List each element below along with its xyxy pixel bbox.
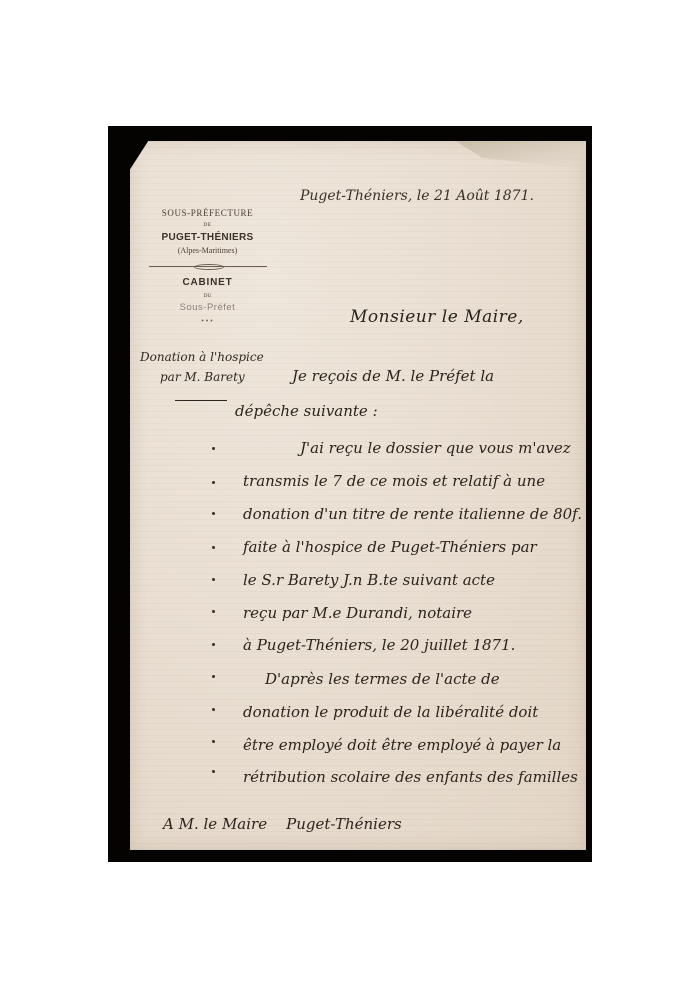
letterhead-du: DU	[145, 293, 270, 299]
margin-note-line2: par M. Barety	[160, 370, 245, 384]
body-line: J'ai reçu le dossier que vous m'avez	[300, 439, 571, 457]
body-line: rétribution scolaire des enfants des fam…	[243, 768, 578, 786]
margin-dot-icon	[212, 675, 215, 678]
letterhead: SOUS-PRÉFECTURE DE PUGET-THÉNIERS (Alpes…	[145, 208, 270, 325]
letterhead-de: DE	[145, 222, 270, 228]
body-line: donation le produit de la libéralité doi…	[243, 703, 538, 721]
body-line: donation d'un titre de rente italienne d…	[243, 505, 582, 523]
ornament-dots-icon: •••	[145, 318, 270, 325]
dateline: Puget-Théniers, le 21 Août 1871.	[300, 188, 534, 204]
margin-dot-icon	[212, 708, 215, 711]
body-line: Je reçois de M. le Préfet la	[292, 367, 494, 385]
margin-dot-icon	[212, 643, 215, 646]
ornamental-rule-icon	[149, 263, 267, 269]
margin-underline	[175, 400, 227, 401]
body-line: D'après les termes de l'acte de	[265, 670, 500, 688]
body-line: le S.r Barety J.n B.te suivant acte	[243, 571, 495, 589]
letterhead-sous-prefecture: SOUS-PRÉFECTURE	[145, 208, 270, 218]
body-line: être employé doit être employé à payer l…	[243, 736, 561, 754]
margin-dot-icon	[212, 770, 215, 773]
addressee: A M. le Maire Puget-Théniers	[163, 815, 402, 833]
letterhead-department: (Alpes-Maritimes)	[145, 246, 270, 255]
margin-dot-icon	[212, 481, 215, 484]
margin-note-line1: Donation à l'hospice	[140, 350, 264, 364]
body-line: à Puget-Théniers, le 20 juillet 1871.	[243, 636, 515, 654]
margin-dot-icon	[212, 447, 215, 450]
margin-dot-icon	[212, 610, 215, 613]
body-line: reçu par M.e Durandi, notaire	[243, 604, 472, 622]
margin-dot-icon	[212, 740, 215, 743]
margin-dot-icon	[212, 578, 215, 581]
body-line: faite à l'hospice de Puget-Théniers par	[243, 538, 537, 556]
body-line: transmis le 7 de ce mois et relatif à un…	[243, 472, 545, 490]
letterhead-cabinet: CABINET	[145, 277, 270, 288]
margin-dot-icon	[212, 546, 215, 549]
salutation: Monsieur le Maire,	[350, 307, 524, 327]
letterhead-office: Sous-Préfet	[145, 302, 270, 313]
paper-torn-corner	[456, 141, 586, 169]
body-line: dépêche suivante :	[235, 402, 378, 420]
margin-dot-icon	[212, 512, 215, 515]
letterhead-town: PUGET-THÉNIERS	[145, 232, 270, 243]
